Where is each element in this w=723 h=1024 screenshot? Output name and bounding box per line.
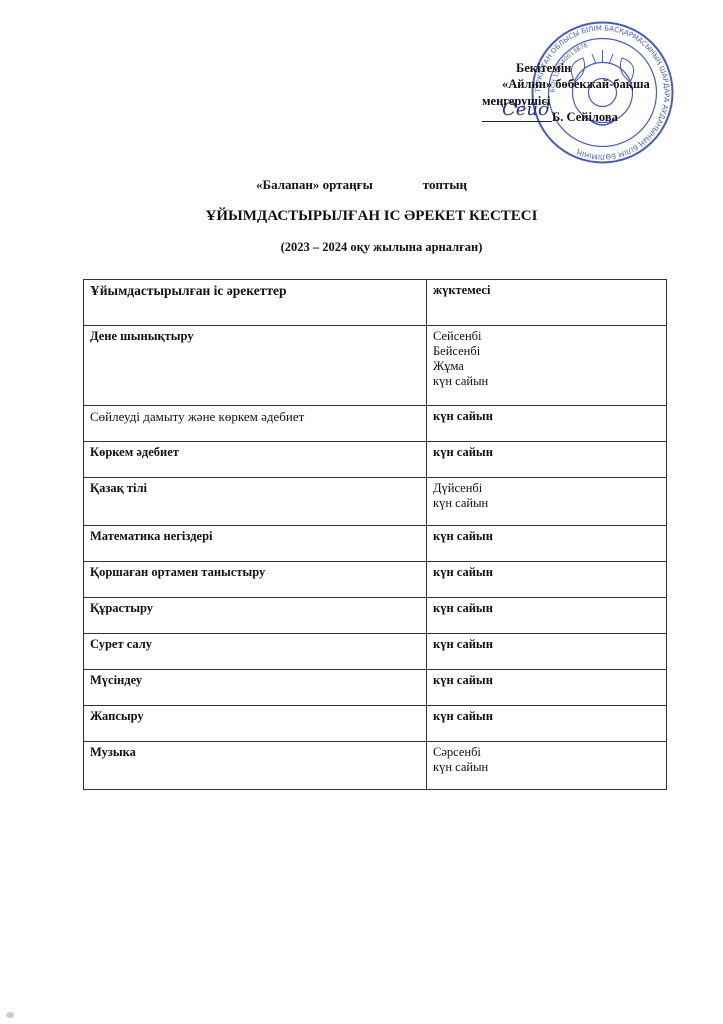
load-line: Жұма bbox=[433, 359, 660, 374]
load-cell: СейсенбіБейсенбіЖұмакүн сайын bbox=[427, 326, 667, 406]
load-cell: күн сайын bbox=[427, 442, 667, 478]
table-row: Құрастырукүн сайын bbox=[84, 598, 667, 634]
activity-cell: Музыка bbox=[84, 742, 427, 790]
signature: Сейд bbox=[502, 102, 549, 118]
table-row: Математика негіздерікүн сайын bbox=[84, 526, 667, 562]
group-line: «Балапан» ортаңғытоптың bbox=[0, 177, 723, 193]
load-line: күн сайын bbox=[433, 529, 660, 544]
load-cell: Дүйсенбікүн сайын bbox=[427, 478, 667, 526]
load-cell: күн сайын bbox=[427, 526, 667, 562]
activity-cell: Жапсыру bbox=[84, 706, 427, 742]
table-header-row: Ұйымдастырылған іс әрекеттер жүктемесі bbox=[84, 280, 667, 326]
load-cell: күн сайын bbox=[427, 562, 667, 598]
table-row: МузыкаСәрсенбікүн сайын bbox=[84, 742, 667, 790]
table-row: Мүсіндеукүн сайын bbox=[84, 670, 667, 706]
load-line: күн сайын bbox=[433, 409, 660, 424]
load-line: Дүйсенбі bbox=[433, 481, 660, 496]
table-row: Қазақ тіліДүйсенбікүн сайын bbox=[84, 478, 667, 526]
load-cell: күн сайын bbox=[427, 706, 667, 742]
load-line: күн сайын bbox=[433, 565, 660, 580]
activity-cell: Қазақ тілі bbox=[84, 478, 427, 526]
schedule-table: Ұйымдастырылған іс әрекеттер жүктемесі Д… bbox=[83, 279, 667, 790]
official-stamp-icon: ТҮРКІСТАН ОБЛЫСЫ БІЛІМ БАСҚАРМАСЫНЫҢ ШАР… bbox=[530, 20, 675, 165]
table-row: Көркем әдебиеткүн сайын bbox=[84, 442, 667, 478]
column-header-load: жүктемесі bbox=[427, 280, 667, 326]
load-cell: күн сайын bbox=[427, 634, 667, 670]
activity-cell: Математика негіздері bbox=[84, 526, 427, 562]
activity-cell: Сөйлеуді дамыту және көркем әдебиет bbox=[84, 406, 427, 442]
activity-cell: Сурет салу bbox=[84, 634, 427, 670]
approval-line-approve: Бекітемін bbox=[516, 60, 571, 76]
activity-cell: Құрастыру bbox=[84, 598, 427, 634]
table-row: Жапсырукүн сайын bbox=[84, 706, 667, 742]
table-row: Қоршаған ортамен таныстырукүн сайын bbox=[84, 562, 667, 598]
page-title: ҰЙЫМДАСТЫРЫЛҒАН ІС ӘРЕКЕТ КЕСТЕСІ bbox=[0, 208, 723, 225]
load-line: Сейсенбі bbox=[433, 329, 660, 344]
activity-cell: Көркем әдебиет bbox=[84, 442, 427, 478]
load-line: күн сайын bbox=[433, 374, 660, 389]
scan-artifact bbox=[6, 1012, 14, 1018]
approval-line-name: Б. Сейілова bbox=[552, 109, 618, 125]
activity-cell: Дене шынықтыру bbox=[84, 326, 427, 406]
group-name: «Балапан» ортаңғы bbox=[256, 177, 373, 192]
load-line: күн сайын bbox=[433, 496, 660, 511]
load-line: күн сайын bbox=[433, 709, 660, 724]
load-cell: күн сайын bbox=[427, 670, 667, 706]
load-line: күн сайын bbox=[433, 673, 660, 688]
group-suffix: топтың bbox=[373, 177, 467, 192]
column-header-activity: Ұйымдастырылған іс әрекеттер bbox=[84, 280, 427, 326]
load-line: Бейсенбі bbox=[433, 344, 660, 359]
load-line: күн сайын bbox=[433, 760, 660, 775]
load-line: күн сайын bbox=[433, 637, 660, 652]
load-line: күн сайын bbox=[433, 445, 660, 460]
activity-cell: Мүсіндеу bbox=[84, 670, 427, 706]
load-cell: Сәрсенбікүн сайын bbox=[427, 742, 667, 790]
table-row: Сурет салукүн сайын bbox=[84, 634, 667, 670]
activity-cell: Қоршаған ортамен таныстыру bbox=[84, 562, 427, 598]
load-cell: күн сайын bbox=[427, 598, 667, 634]
load-cell: күн сайын bbox=[427, 406, 667, 442]
table-row: Сөйлеуді дамыту және көркем әдебиеткүн с… bbox=[84, 406, 667, 442]
page-subtitle: (2023 – 2024 оқу жылына арналған) bbox=[0, 240, 723, 255]
load-line: күн сайын bbox=[433, 601, 660, 616]
approval-line-institution: «Айлин» бөбекжай-бақша bbox=[502, 76, 650, 92]
table-row: Дене шынықтыруСейсенбіБейсенбіЖұмакүн са… bbox=[84, 326, 667, 406]
signature-line bbox=[482, 121, 552, 122]
load-line: Сәрсенбі bbox=[433, 745, 660, 760]
